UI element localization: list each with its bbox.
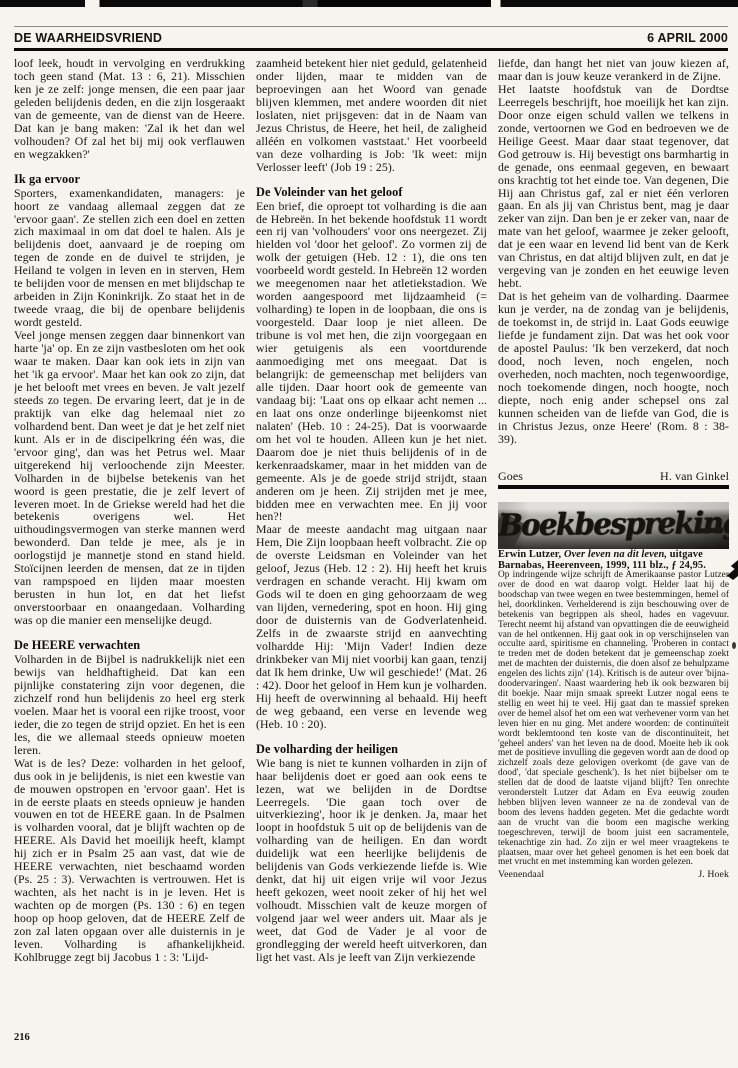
masthead-title: DE WAARHEIDSVRIEND	[14, 31, 162, 45]
article-end-rule	[498, 485, 729, 489]
review-signature-place: Veenendaal	[498, 869, 544, 882]
book-reference: Erwin Lutzer, Over leven na dit leven, u…	[498, 549, 729, 572]
scan-edge-bar	[0, 0, 738, 7]
magazine-page: DE WAARHEIDSVRIEND 6 APRIL 2000 loof lee…	[0, 0, 738, 1068]
article-paragraph: Een brief, die oproept tot volharding is…	[256, 200, 487, 524]
masthead-date: 6 APRIL 2000	[647, 31, 728, 45]
review-body: Op indringende wijze schrijft de Amerika…	[498, 571, 729, 868]
ink-speck	[732, 642, 736, 649]
article-paragraph: Maar de meeste aandacht mag uitgaan naar…	[256, 523, 487, 730]
article-signature-place: Goes	[498, 470, 523, 483]
article-paragraph: Sporters, examenkandidaten, managers: je…	[14, 187, 245, 329]
masthead: DE WAARHEIDSVRIEND 6 APRIL 2000	[14, 26, 728, 51]
article-paragraph: liefde, dan hangt het niet van jouw kiez…	[498, 57, 729, 83]
article-paragraph: Het laatste hoofdstuk van de Dordtse Lee…	[498, 83, 729, 290]
article-signature-author: H. van Ginkel	[660, 470, 729, 483]
article-paragraph: Wie bang is niet te kunnen volharden in …	[256, 757, 487, 964]
article-paragraph: loof leek, houdt in vervolging en verdru…	[14, 57, 245, 161]
article-paragraph: Veel jonge mensen zeggen daar binnenkort…	[14, 329, 245, 627]
boekbespreking-banner-title: Boekbespreking	[498, 502, 715, 549]
banner-dash-stroke	[697, 527, 723, 533]
article-paragraph: Wat is de les? Deze: volharden in het ge…	[14, 757, 245, 964]
section-heading-de-heere-verwachten: De HEERE verwachten	[14, 639, 245, 652]
section-heading-de-voleinder: De Voleinder van het geloof	[256, 186, 487, 199]
book-author: Erwin Lutzer,	[498, 549, 564, 560]
article-paragraph: zaamheid betekent hier niet geduld, gela…	[256, 57, 487, 174]
article-column-1: loof leek, houdt in vervolging en verdru…	[14, 57, 245, 1037]
article-paragraph: Volharden in de Bijbel is nadrukkelijk n…	[14, 653, 245, 757]
page-number: 216	[14, 1032, 30, 1043]
section-heading-ik-ga-ervoor: Ik ga ervoor	[14, 173, 245, 186]
review-signature-author: J. Hoek	[698, 869, 729, 882]
article-column-2: zaamheid betekent hier niet geduld, gela…	[256, 57, 487, 1037]
article-column-3: liefde, dan hangt het niet van jouw kiez…	[498, 57, 729, 1062]
section-heading-volharding-der-heiligen: De volharding der heiligen	[256, 743, 487, 756]
book-title: Over leven na dit leven,	[564, 549, 670, 560]
boekbespreking-banner: Boekbespreking	[498, 502, 729, 549]
article-signature: Goes H. van Ginkel	[498, 470, 729, 485]
review-signature: Veenendaal J. Hoek	[498, 869, 729, 882]
article-paragraph: Dat is het geheim van de volharding. Daa…	[498, 290, 729, 445]
